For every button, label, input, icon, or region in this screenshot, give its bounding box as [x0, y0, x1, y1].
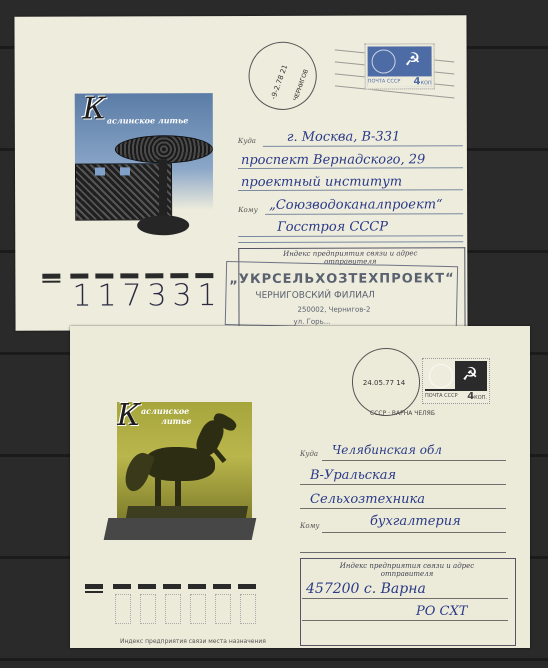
rubber-stamp-line: ул. Горь...	[294, 318, 331, 326]
casket-window	[120, 167, 130, 175]
address-line	[302, 620, 508, 621]
stamp-unit: КОП	[420, 80, 431, 86]
postal-index-box[interactable]	[190, 594, 206, 624]
recipient-label: Кому	[300, 522, 320, 530]
stamp-country: ПОЧТА СССР	[425, 393, 458, 399]
address-line	[263, 145, 463, 147]
illustration-shadow	[104, 518, 257, 540]
casket-window	[95, 167, 105, 175]
illustration-kasli-horse: К аслинское литье	[117, 402, 252, 524]
handwritten-address: проспект Вернадского, 29	[241, 152, 425, 168]
address-line	[322, 532, 506, 533]
postmark-date: 24.05.77 14	[363, 379, 405, 387]
handwritten-address: г. Москва, В-331	[287, 129, 400, 144]
address-line	[300, 552, 506, 553]
illustration-initial: К	[83, 93, 106, 126]
handwritten-sender: РО СХТ	[416, 604, 467, 619]
album-stripe	[0, 658, 548, 661]
to-label: Куда	[300, 450, 318, 458]
handwritten-address: Челябинская обл	[332, 443, 442, 457]
rubber-stamp-line: „УКРСЕЛЬХОЗТЕХПРОЕКТ“	[229, 271, 454, 287]
illustration-title: литье	[161, 416, 192, 426]
ussr-emblem-icon	[368, 46, 398, 74]
handwritten-address: проектный институт	[241, 174, 402, 190]
postmark-city: ЧЕРНИГОВ	[292, 68, 310, 101]
tazza-stem	[159, 159, 167, 221]
postal-index-digit: 1	[197, 278, 216, 313]
address-line	[238, 235, 463, 237]
postal-index-caption: Индекс предприятия связи места назначени…	[120, 638, 266, 645]
tazza-foot	[137, 215, 189, 235]
illustration-initial: К	[117, 402, 140, 433]
handwritten-recipient: Госстроя СССР	[277, 219, 388, 234]
postal-index-digit: 7	[122, 278, 141, 313]
address-line	[238, 241, 463, 243]
postal-index-box[interactable]	[240, 594, 256, 624]
address-line	[322, 460, 506, 461]
address-line	[302, 598, 508, 599]
handwritten-recipient: бухгалтерия	[370, 514, 461, 529]
hammer-sickle-icon: ☭	[455, 361, 485, 389]
handwritten-recipient: „Союзводоканалпроект“	[269, 197, 443, 213]
stamp-country: ПОЧТА СССР	[368, 78, 401, 84]
postal-index-box[interactable]	[215, 594, 231, 624]
rubber-stamp-line: ЧЕРНИГОВСКИЙ ФИЛИАЛ	[255, 291, 374, 301]
postal-index-digit: 1	[97, 278, 116, 313]
sender-label: Индекс предприятия связи и адрес отправи…	[332, 562, 482, 578]
illustration-kasli-casket: К аслинское литье	[75, 93, 214, 243]
sculpture-base	[126, 506, 248, 518]
postmark-city: СССР · ВАРНА ЧЕЛЯБ	[370, 410, 435, 417]
postal-index-box[interactable]	[140, 594, 156, 624]
hammer-sickle-icon: ☭	[398, 46, 428, 74]
ussr-emblem-icon	[425, 361, 455, 389]
stamp-value: 4	[413, 76, 420, 87]
handwritten-address: Сельхозтехника	[310, 492, 425, 507]
recipient-label: Кому	[238, 206, 258, 214]
postal-index-digit: 3	[147, 278, 166, 313]
address-line	[300, 508, 506, 509]
illustration-title: аслинское литье	[107, 115, 189, 125]
illustration-title: аслинское	[141, 406, 189, 416]
postal-index-box[interactable]	[165, 594, 181, 624]
stamp-unit: КОП.	[474, 395, 487, 401]
rubber-stamp-line: 250002, Чернигов-2	[297, 306, 370, 314]
envelope-bottom: К аслинское литье 24.05.77 14 СССР · ВАР…	[70, 326, 530, 648]
postal-index-box[interactable]	[115, 594, 131, 624]
postal-index-digit: 3	[172, 278, 191, 313]
to-label: Куда	[238, 137, 256, 145]
address-line	[300, 484, 506, 485]
postage-stamp: ☭ ПОЧТА СССР 4КОП.	[422, 358, 490, 404]
postage-stamp: ☭ ПОЧТА СССР 4КОП	[365, 43, 435, 89]
postmark-chernigov: -9-2.78 21 ЧЕРНИГОВ	[239, 32, 326, 119]
handwritten-address: В-Уральская	[310, 468, 396, 483]
postal-index-digit: 1	[72, 279, 91, 314]
handwritten-sender: 457200 с. Варна	[306, 581, 426, 597]
postmark-date: -9-2.78 21	[269, 64, 289, 101]
envelope-top: К аслинское литье -9-2.78 21 ЧЕРНИГОВ ☭ …	[14, 15, 467, 331]
address-line	[265, 213, 463, 215]
